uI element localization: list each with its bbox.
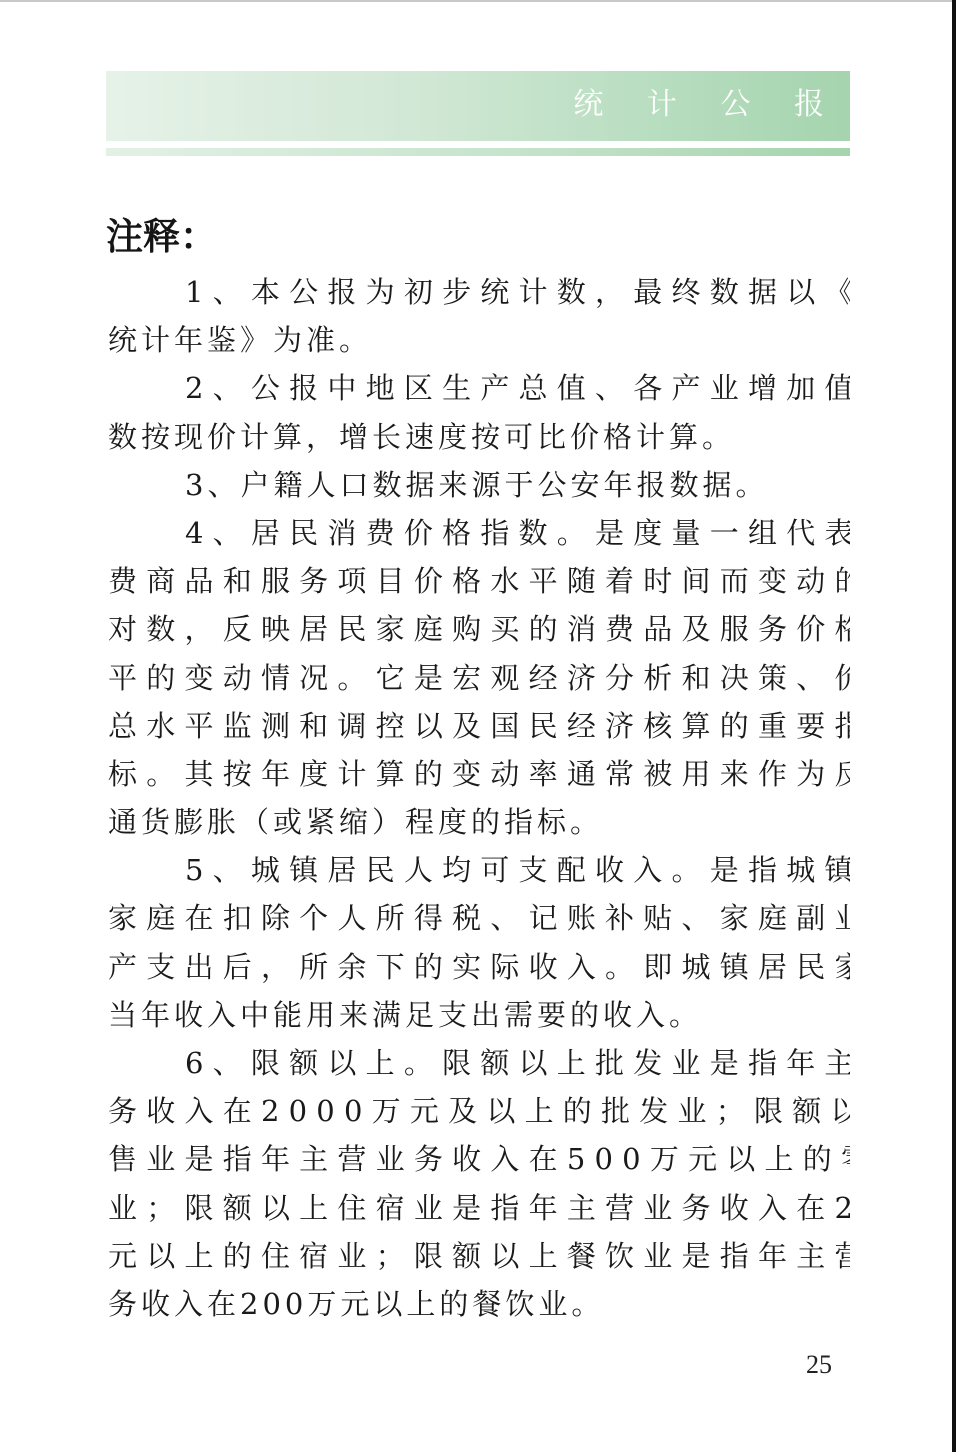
note-line: 产 支 出 后 ， 所 余 下 的 实 际 收 入 。 即 城 镇 居 民 家 … [108, 943, 850, 991]
note-paragraph-1: 1 、 本 公 报 为 初 步 统 计 数 ， 最 终 数 据 以 《 酉 阳 … [108, 268, 850, 364]
section-title: 统 计 公 报 [573, 87, 841, 123]
notes-heading: 注释： [106, 214, 217, 258]
header-divider-strip [106, 148, 850, 156]
note-line: 4 、 居 民 消 费 价 格 指 数 。 是 度 量 一 组 代 表 性 消 [108, 509, 850, 557]
note-line: 通货膨胀（或紧缩）程度的指标。 [108, 798, 850, 846]
note-line: 家 庭 在 扣 除 个 人 所 得 税 、 记 账 补 贴 、 家 庭 副 业 … [108, 894, 850, 942]
note-paragraph-6: 6 、 限 额 以 上 。 限 额 以 上 批 发 业 是 指 年 主 营 业 … [108, 1039, 850, 1328]
note-line: 售 业 是 指 年 主 营 业 务 收 入 在 5 0 0 万 元 以 上 的 … [108, 1135, 850, 1183]
note-line: 3、户籍人口数据来源于公安年报数据。 [108, 461, 850, 509]
page-number: 25 [806, 1350, 832, 1380]
note-paragraph-5: 5 、 城 镇 居 民 人 均 可 支 配 收 入 。 是 指 城 镇 居 民 … [108, 846, 850, 1039]
note-line: 数按现价计算，增长速度按可比价格计算。 [108, 413, 850, 461]
note-line: 统计年鉴》为准。 [108, 316, 850, 364]
note-paragraph-2: 2 、 公 报 中 地 区 生 产 总 值 、 各 产 业 增 加 值 绝 对 … [108, 364, 850, 460]
note-line: 标 。 其 按 年 度 计 算 的 变 动 率 通 常 被 用 来 作 为 反 … [108, 750, 850, 798]
note-line: 5 、 城 镇 居 民 人 均 可 支 配 收 入 。 是 指 城 镇 居 民 [108, 846, 850, 894]
page-top-edge [0, 0, 956, 2]
note-line: 2 、 公 报 中 地 区 生 产 总 值 、 各 产 业 增 加 值 绝 对 [108, 364, 850, 412]
note-paragraph-4: 4 、 居 民 消 费 价 格 指 数 。 是 度 量 一 组 代 表 性 消 … [108, 509, 850, 846]
note-line: 对 数 ， 反 映 居 民 家 庭 购 买 的 消 费 品 及 服 务 价 格 … [108, 605, 850, 653]
note-line: 务 收 入 在 2 0 0 0 万 元 及 以 上 的 批 发 业 ； 限 额 … [108, 1087, 850, 1135]
note-line: 总 水 平 监 测 和 调 控 以 及 国 民 经 济 核 算 的 重 要 指 [108, 702, 850, 750]
note-line: 元 以 上 的 住 宿 业 ； 限 额 以 上 餐 饮 业 是 指 年 主 营 … [108, 1232, 850, 1280]
section-header-band: 统 计 公 报 [106, 71, 850, 141]
note-line: 当年收入中能用来满足支出需要的收入。 [108, 991, 850, 1039]
note-paragraph-3: 3、户籍人口数据来源于公安年报数据。 [108, 461, 850, 509]
note-line: 6 、 限 额 以 上 。 限 额 以 上 批 发 业 是 指 年 主 营 业 [108, 1039, 850, 1087]
page-right-edge [952, 0, 956, 1452]
note-line: 务收入在200万元以上的餐饮业。 [108, 1280, 850, 1328]
note-line: 平 的 变 动 情 况 。 它 是 宏 观 经 济 分 析 和 决 策 、 价 … [108, 654, 850, 702]
notes-body: 1 、 本 公 报 为 初 步 统 计 数 ， 最 终 数 据 以 《 酉 阳 … [108, 268, 850, 1328]
note-line: 1 、 本 公 报 为 初 步 统 计 数 ， 最 终 数 据 以 《 酉 阳 [108, 268, 850, 316]
note-line: 业 ； 限 额 以 上 住 宿 业 是 指 年 主 营 业 务 收 入 在 2 … [108, 1184, 850, 1232]
note-line: 费 商 品 和 服 务 项 目 价 格 水 平 随 着 时 间 而 变 动 的 … [108, 557, 850, 605]
